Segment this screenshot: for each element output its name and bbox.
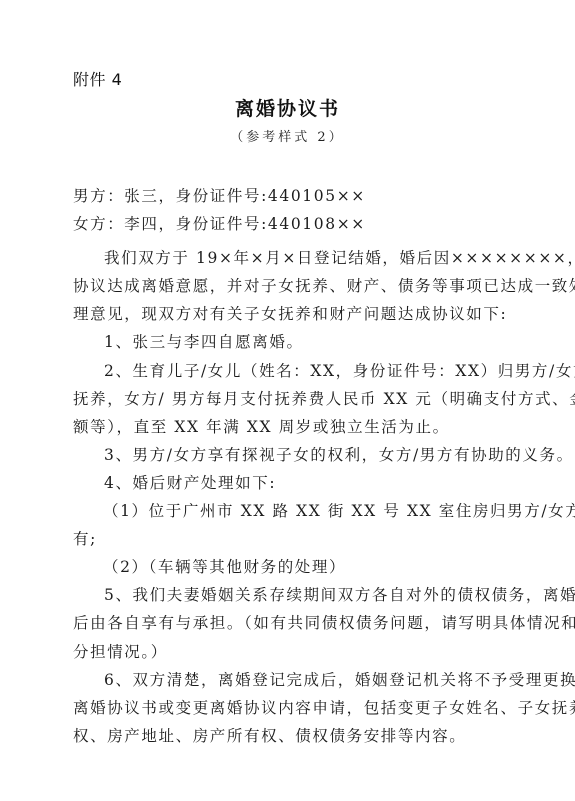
party-female: 女方：李四，身份证件号:440108××: [73, 210, 507, 238]
document-body: 男方：张三，身份证件号:440105×× 女方：李四，身份证件号:440108×…: [73, 182, 507, 750]
preamble-line: 我们双方于 19×年×月×日登记结婚，婚后因××××××××，经双方: [73, 244, 507, 272]
clause-4-item-1-cont: 有;: [73, 525, 507, 553]
clause-2-cont: 抚养，女方/ 男方每月支付抚养费人民币 XX 元（明确支付方式、金: [73, 385, 507, 413]
preamble-line: 理意见，现双方对有关子女抚养和财产问题达成协议如下:: [73, 300, 507, 328]
clause-6-cont: 权、房产地址、房产所有权、债权债务安排等内容。: [73, 722, 507, 750]
clause-3: 3、男方/女方享有探视子女的权利，女方/男方有协助的义务。: [73, 441, 507, 469]
clause-1: 1、张三与李四自愿离婚。: [73, 328, 507, 356]
clause-5: 5、我们夫妻婚姻关系存续期间双方各自对外的债权债务，离婚: [73, 581, 507, 609]
clause-5-cont: 分担情况。）: [73, 638, 507, 666]
clause-2: 2、生育儿子/女儿（姓名：XX，身份证件号：XX）归男方/女方: [73, 357, 507, 385]
clause-4-item-1: （1）位于广州市 XX 路 XX 街 XX 号 XX 室住房归男方/女方所: [73, 497, 507, 525]
clause-4: 4、婚后财产处理如下:: [73, 469, 507, 497]
clause-6-cont: 离婚协议书或变更离婚协议内容申请，包括变更子女姓名、子女抚养: [73, 694, 507, 722]
preamble-line: 协议达成离婚意愿，并对子女抚养、财产、债务等事项已达成一致处: [73, 272, 507, 300]
document-page: 附件 4 离婚协议书 （参考样式 2） 男方：张三，身份证件号:440105××…: [0, 0, 575, 801]
clause-2-cont: 额等），直至 XX 年满 XX 周岁或独立生活为止。: [73, 413, 507, 441]
annex-label: 附件 4: [73, 67, 122, 90]
clause-5-cont: 后由各自享有与承担。（如有共同债权债务问题，请写明具体情况和: [73, 609, 507, 637]
clause-4-item-2: （2）（车辆等其他财务的处理）: [73, 553, 507, 581]
clause-6: 6、双方清楚，离婚登记完成后，婚姻登记机关将不予受理更换: [73, 666, 507, 694]
document-subtitle: （参考样式 2）: [0, 126, 575, 145]
party-male: 男方：张三，身份证件号:440105××: [73, 182, 507, 210]
document-title: 离婚协议书: [0, 94, 575, 121]
